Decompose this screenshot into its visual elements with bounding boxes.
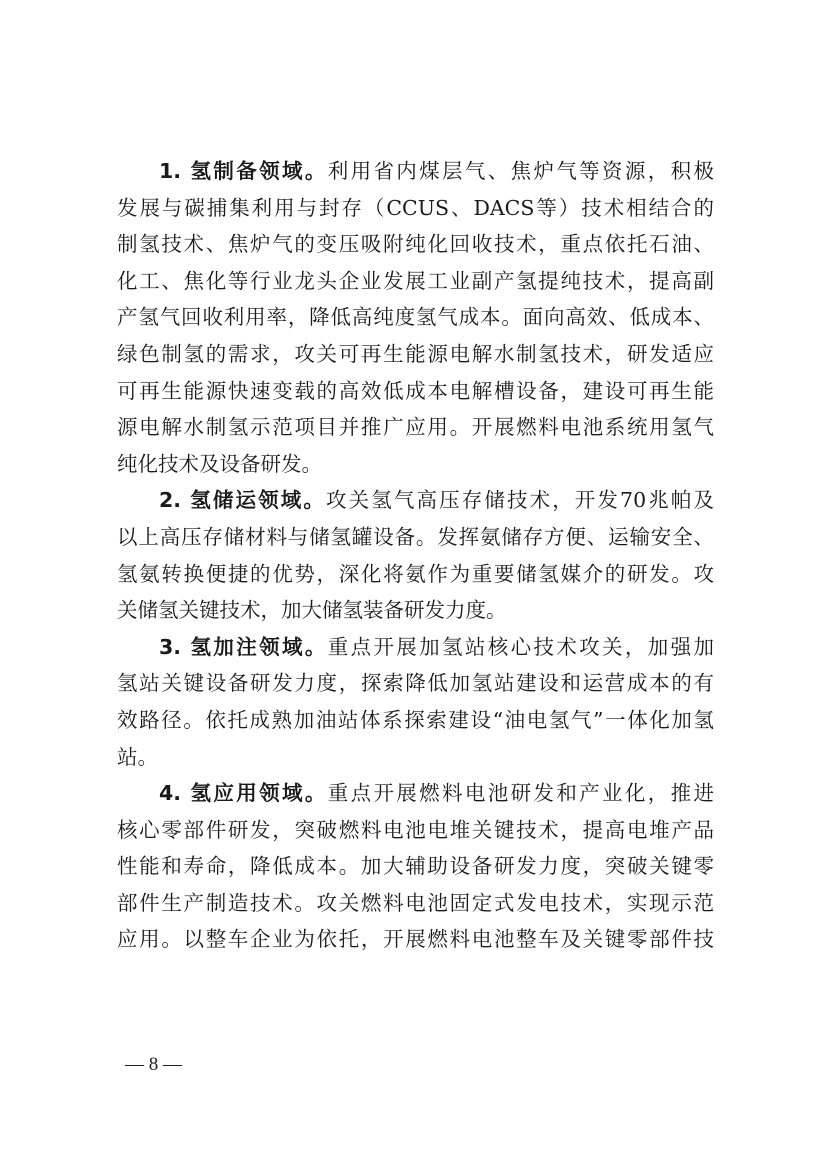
section-heading: 3. 氢加注领域。 bbox=[159, 635, 328, 659]
paragraph-line: 以上高压存储材料与储氢罐设备。发挥氨储存方便、运输安全、 bbox=[117, 519, 714, 556]
page-number: — 8 — bbox=[125, 1054, 182, 1076]
section-heading: 2. 氢储运领域。 bbox=[159, 488, 326, 512]
section-hydrogen-refueling: 3. 氢加注领域。重点开展加氢站核心技术攻关，加强加 氢站关键设备研发力度，探索… bbox=[117, 629, 714, 775]
paragraph-line: 纯化技术及设备研发。 bbox=[117, 446, 714, 483]
section-heading: 1. 氢制备领域。 bbox=[159, 159, 328, 183]
paragraph-line: 3. 氢加注领域。重点开展加氢站核心技术攻关，加强加 bbox=[117, 629, 714, 666]
paragraph-line: 核心零部件研发，突破燃料电池电堆关键技术，提高电堆产品 bbox=[117, 812, 714, 849]
paragraph-line: 可再生能源快速变载的高效低成本电解槽设备，建设可再生能 bbox=[117, 373, 714, 410]
paragraph-line: 2. 氢储运领域。攻关氢气高压存储技术，开发70兆帕及 bbox=[117, 482, 714, 519]
paragraph-line: 性能和寿命，降低成本。加大辅助设备研发力度，突破关键零 bbox=[117, 848, 714, 885]
paragraph-line: 站。 bbox=[117, 739, 714, 776]
paragraph-line: 1. 氢制备领域。利用省内煤层气、焦炉气等资源，积极 bbox=[117, 153, 714, 190]
paragraph-line: 化工、焦化等行业龙头企业发展工业副产氢提纯技术，提高副 bbox=[117, 263, 714, 300]
section-heading: 4. 氢应用领域。 bbox=[159, 781, 328, 805]
paragraph-line: 4. 氢应用领域。重点开展燃料电池研发和产业化，推进 bbox=[117, 775, 714, 812]
section-hydrogen-application: 4. 氢应用领域。重点开展燃料电池研发和产业化，推进 核心零部件研发，突破燃料电… bbox=[117, 775, 714, 958]
paragraph-line: 关储氢关键技术，加大储氢装备研发力度。 bbox=[117, 592, 714, 629]
paragraph-line: 制氢技术、焦炉气的变压吸附纯化回收技术，重点依托石油、 bbox=[117, 226, 714, 263]
paragraph-line: 源电解水制氢示范项目并推广应用。开展燃料电池系统用氢气 bbox=[117, 409, 714, 446]
paragraph-line: 产氢气回收利用率，降低高纯度氢气成本。面向高效、低成本、 bbox=[117, 299, 714, 336]
section-hydrogen-storage: 2. 氢储运领域。攻关氢气高压存储技术，开发70兆帕及 以上高压存储材料与储氢罐… bbox=[117, 482, 714, 628]
paragraph-line: 氢站关键设备研发力度，探索降低加氢站建设和运营成本的有 bbox=[117, 665, 714, 702]
paragraph-line: 部件生产制造技术。攻关燃料电池固定式发电技术，实现示范 bbox=[117, 885, 714, 922]
section-hydrogen-production: 1. 氢制备领域。利用省内煤层气、焦炉气等资源，积极 发展与碳捕集利用与封存（C… bbox=[117, 153, 714, 482]
paragraph-line: 效路径。依托成熟加油站体系探索建设“油电氢气”一体化加氢 bbox=[117, 702, 714, 739]
paragraph-line: 氢氨转换便捷的优势，深化将氨作为重要储氢媒介的研发。攻 bbox=[117, 556, 714, 593]
paragraph-line: 发展与碳捕集利用与封存（CCUS、DACS等）技术相结合的 bbox=[117, 190, 714, 227]
paragraph-line: 绿色制氢的需求，攻关可再生能源电解水制氢技术，研发适应 bbox=[117, 336, 714, 373]
document-body: 1. 氢制备领域。利用省内煤层气、焦炉气等资源，积极 发展与碳捕集利用与封存（C… bbox=[117, 153, 714, 958]
paragraph-line: 应用。以整车企业为依托，开展燃料电池整车及关键零部件技 bbox=[117, 921, 714, 958]
